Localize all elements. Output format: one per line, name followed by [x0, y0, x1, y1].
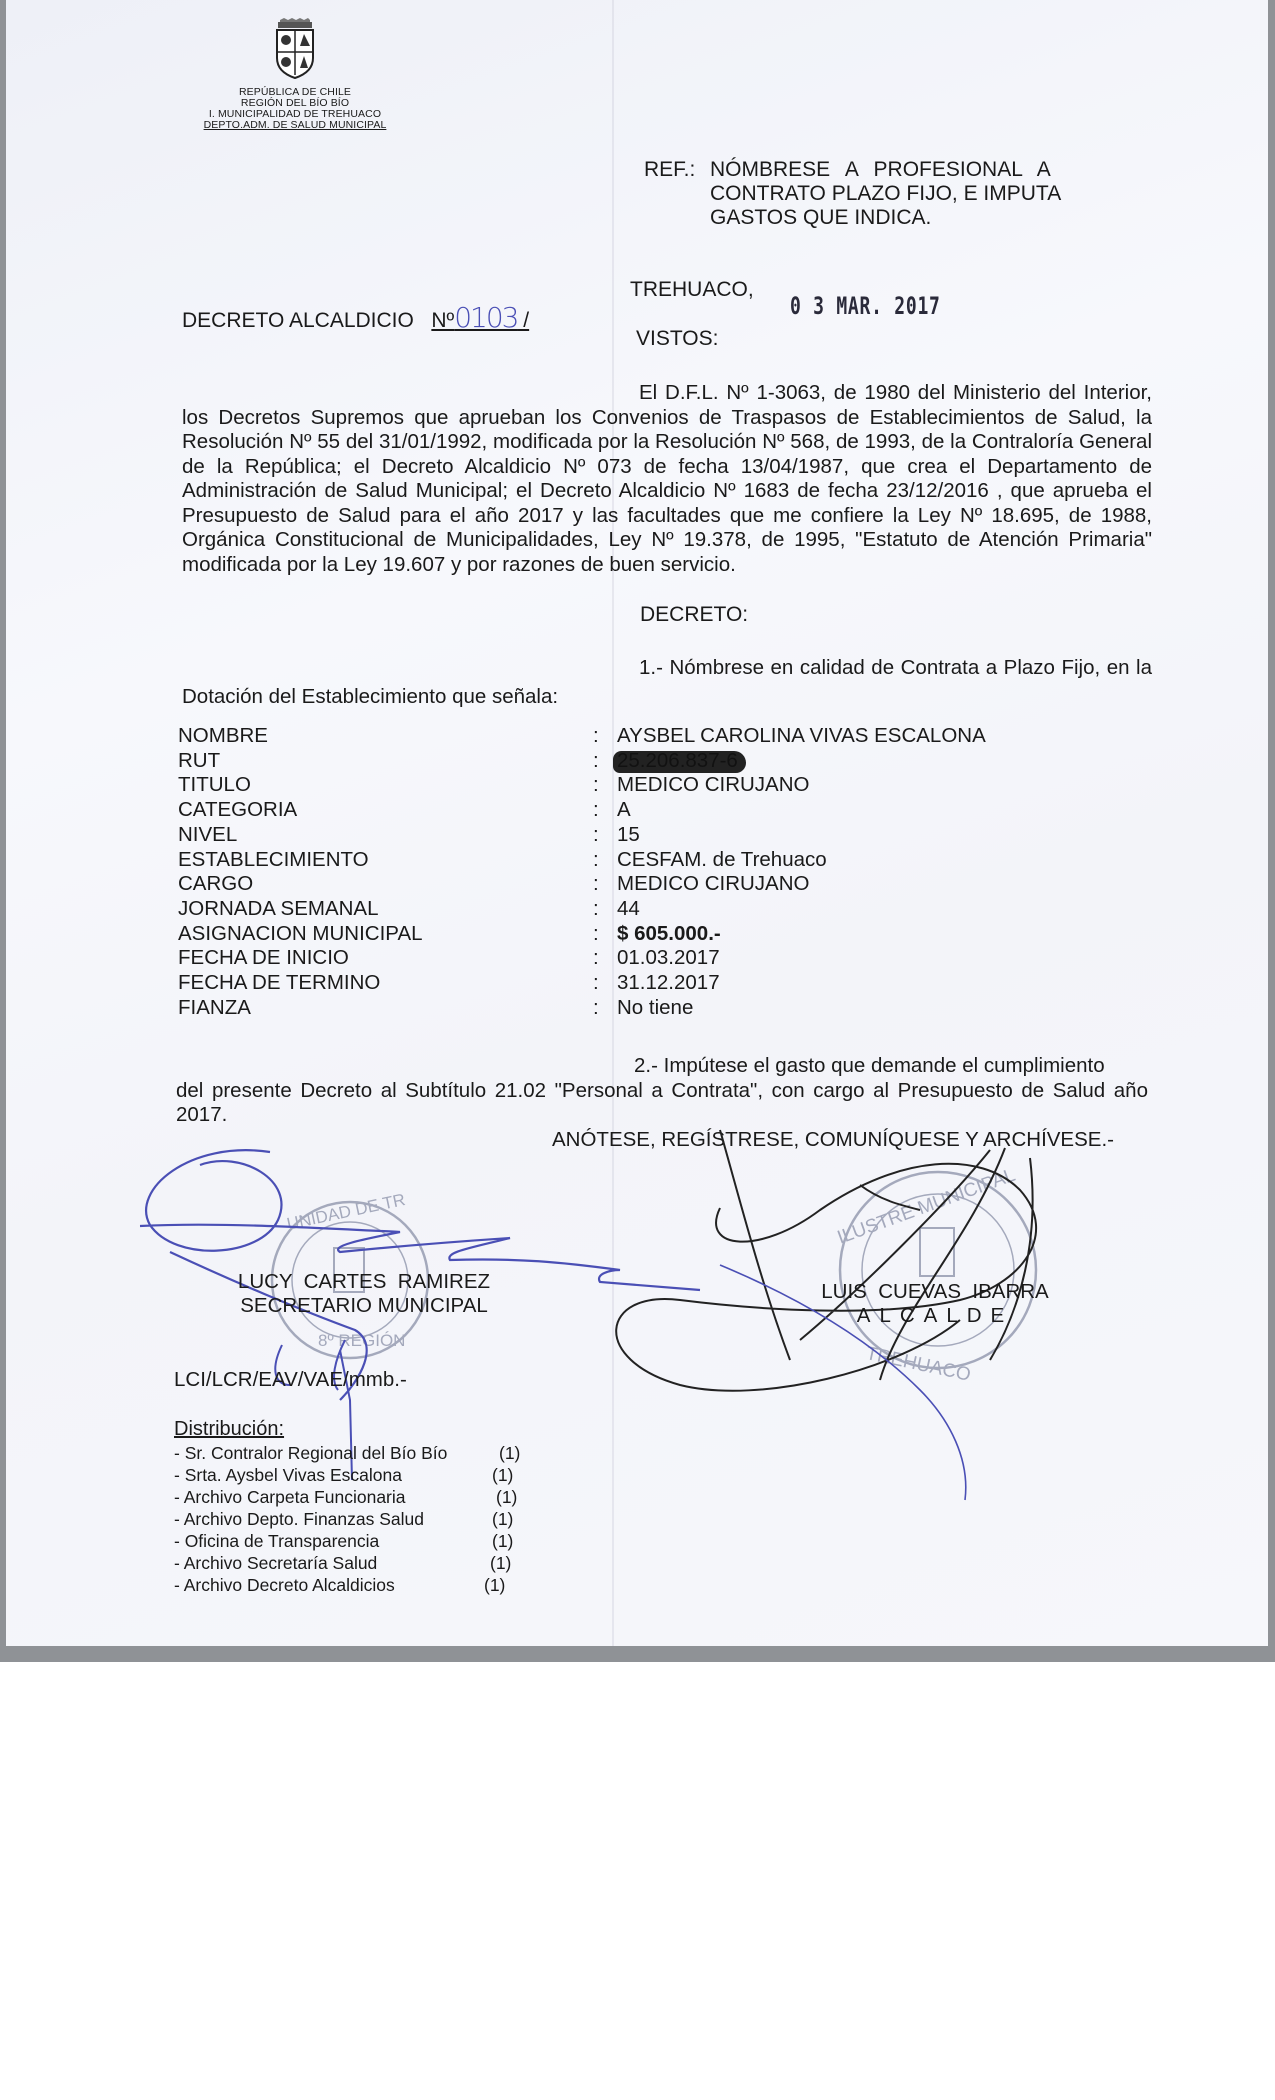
field-row: FECHA DE TERMINO:31.12.2017: [178, 971, 986, 996]
reference-line: CONTRATO PLAZO FIJO, E IMPUTA: [710, 182, 1061, 206]
vistos-text: El D.F.L. Nº 1-3063, de 1980 del Ministe…: [182, 381, 1152, 577]
header-line-department: DEPTO.ADM. DE SALUD MUNICIPAL: [180, 120, 410, 131]
distribution-recipient: - Srta. Aysbel Vivas Escalona: [174, 1464, 492, 1486]
field-label: FECHA DE INICIO: [178, 946, 593, 971]
field-value-redacted: 25.206.837-6: [617, 749, 738, 774]
decree-point-1: 1.- Nómbrese en calidad de Contrata a Pl…: [182, 653, 1152, 711]
letterhead: REPÚBLICA DE CHILE REGIÓN DEL BÍO BÍO I.…: [180, 18, 410, 131]
field-value: 31.12.2017: [617, 971, 720, 996]
field-separator: :: [593, 798, 617, 823]
secretary-name: LUCY CARTES RAMIREZ: [214, 1270, 514, 1294]
distribution-recipient: - Archivo Depto. Finanzas Salud: [174, 1508, 492, 1530]
field-value: A: [617, 798, 631, 823]
distribution-quantity: (1): [484, 1574, 505, 1596]
distribution-recipient: - Oficina de Transparencia: [174, 1530, 492, 1552]
mayor-signature-block: LUIS CUEVAS IBARRA ALCALDE: [790, 1280, 1080, 1328]
field-label: TITULO: [178, 773, 593, 798]
decree-point-2-first: 2.- Impútese el gasto que demande el cum…: [176, 1054, 1148, 1079]
reference-block: REF.: NÓMBRESE A PROFESIONAL A CONTRATO …: [644, 158, 1061, 230]
distribution-quantity: (1): [490, 1552, 511, 1574]
field-separator: :: [593, 946, 617, 971]
decree-number: DECRETO ALCALDICIO Nº0103 /: [182, 301, 529, 334]
distribution-list: Distribución: - Sr. Contralor Regional d…: [174, 1418, 520, 1596]
field-value: 01.03.2017: [617, 946, 720, 971]
vistos-heading: VISTOS:: [636, 327, 718, 351]
field-separator: :: [593, 848, 617, 873]
field-value: MEDICO CIRUJANO: [617, 773, 809, 798]
distribution-quantity: (1): [492, 1530, 513, 1552]
field-label: CARGO: [178, 872, 593, 897]
field-row: ESTABLECIMIENTO:CESFAM. de Trehuaco: [178, 848, 986, 873]
distribution-quantity: (1): [492, 1508, 513, 1530]
secretary-title: SECRETARIO MUNICIPAL: [214, 1294, 514, 1318]
field-row: CATEGORIA:A: [178, 798, 986, 823]
field-row: RUT:25.206.837-6: [178, 749, 986, 774]
distribution-item: - Archivo Depto. Finanzas Salud(1): [174, 1508, 520, 1530]
field-label: JORNADA SEMANAL: [178, 897, 593, 922]
field-label: FIANZA: [178, 996, 593, 1021]
field-separator: :: [593, 773, 617, 798]
municipal-coat-of-arms-icon: [270, 18, 320, 80]
author-initials: LCI/LCR/EAV/VAE/mmb.-: [174, 1368, 407, 1392]
field-row: NIVEL:15: [178, 823, 986, 848]
field-value: 44: [617, 897, 640, 922]
field-separator: :: [593, 922, 617, 947]
field-value: MEDICO CIRUJANO: [617, 872, 809, 897]
decree-number-handwritten: 0103: [454, 301, 517, 334]
decree-label: DECRETO ALCALDICIO: [182, 309, 414, 332]
field-separator: :: [593, 823, 617, 848]
field-row: CARGO:MEDICO CIRUJANO: [178, 872, 986, 897]
distribution-recipient: - Archivo Secretaría Salud: [174, 1552, 490, 1574]
reference-line: GASTOS QUE INDICA.: [710, 206, 1061, 230]
field-label: RUT: [178, 749, 593, 774]
decree-place: TREHUACO,: [630, 278, 754, 302]
secretary-signature-block: LUCY CARTES RAMIREZ SECRETARIO MUNICIPAL: [214, 1270, 514, 1318]
field-value: No tiene: [617, 996, 693, 1021]
decree-number-prefix: Nº: [431, 309, 454, 332]
field-label: CATEGORIA: [178, 798, 593, 823]
appointment-fields: NOMBRE:AYSBEL CAROLINA VIVAS ESCALONARUT…: [178, 724, 986, 1020]
redaction-mark: [613, 751, 746, 774]
field-value: AYSBEL CAROLINA VIVAS ESCALONA: [617, 724, 986, 749]
decree-point-2-rest: del presente Decreto al Subtítulo 21.02 …: [176, 1079, 1148, 1127]
date-stamp: 0 3 MAR. 2017: [790, 292, 941, 320]
distribution-recipient: - Sr. Contralor Regional del Bío Bío: [174, 1442, 499, 1464]
field-separator: :: [593, 897, 617, 922]
distribution-quantity: (1): [492, 1464, 513, 1486]
reference-label: REF.:: [644, 158, 710, 182]
field-row: FECHA DE INICIO:01.03.2017: [178, 946, 986, 971]
field-label: ESTABLECIMIENTO: [178, 848, 593, 873]
field-row: TITULO:MEDICO CIRUJANO: [178, 773, 986, 798]
field-row: FIANZA:No tiene: [178, 996, 986, 1021]
distribution-title: Distribución:: [174, 1418, 520, 1440]
decreto-heading: DECRETO:: [640, 603, 748, 627]
mayor-title: ALCALDE: [790, 1304, 1080, 1328]
distribution-item: - Sr. Contralor Regional del Bío Bío(1): [174, 1442, 520, 1464]
field-label: NIVEL: [178, 823, 593, 848]
field-separator: :: [593, 724, 617, 749]
field-value: $ 605.000.-: [617, 922, 721, 947]
distribution-item: - Archivo Secretaría Salud(1): [174, 1552, 520, 1574]
field-label: NOMBRE: [178, 724, 593, 749]
field-row: JORNADA SEMANAL:44: [178, 897, 986, 922]
field-row: NOMBRE:AYSBEL CAROLINA VIVAS ESCALONA: [178, 724, 986, 749]
field-label: ASIGNACION MUNICIPAL: [178, 922, 593, 947]
reference-line: NÓMBRESE A PROFESIONAL A: [710, 158, 1061, 182]
distribution-quantity: (1): [496, 1486, 517, 1508]
distribution-item: - Srta. Aysbel Vivas Escalona(1): [174, 1464, 520, 1486]
field-value: CESFAM. de Trehuaco: [617, 848, 827, 873]
field-row: ASIGNACION MUNICIPAL:$ 605.000.-: [178, 922, 986, 947]
distribution-recipient: - Archivo Carpeta Funcionaria: [174, 1486, 496, 1508]
closing-formula: ANÓTESE, REGÍSTRESE, COMUNÍQUESE Y ARCHÍ…: [552, 1128, 1114, 1152]
field-separator: :: [593, 872, 617, 897]
distribution-item: - Archivo Decreto Alcaldicios(1): [174, 1574, 520, 1596]
field-separator: :: [593, 971, 617, 996]
decree-number-suffix: /: [517, 309, 529, 332]
mayor-name: LUIS CUEVAS IBARRA: [790, 1280, 1080, 1304]
distribution-item: - Archivo Carpeta Funcionaria(1): [174, 1486, 520, 1508]
field-value: 15: [617, 823, 640, 848]
decree-point-2: 2.- Impútese el gasto que demande el cum…: [176, 1054, 1148, 1128]
distribution-item: - Oficina de Transparencia(1): [174, 1530, 520, 1552]
distribution-recipient: - Archivo Decreto Alcaldicios: [174, 1574, 484, 1596]
distribution-quantity: (1): [499, 1442, 520, 1464]
field-separator: :: [593, 996, 617, 1021]
field-label: FECHA DE TERMINO: [178, 971, 593, 996]
